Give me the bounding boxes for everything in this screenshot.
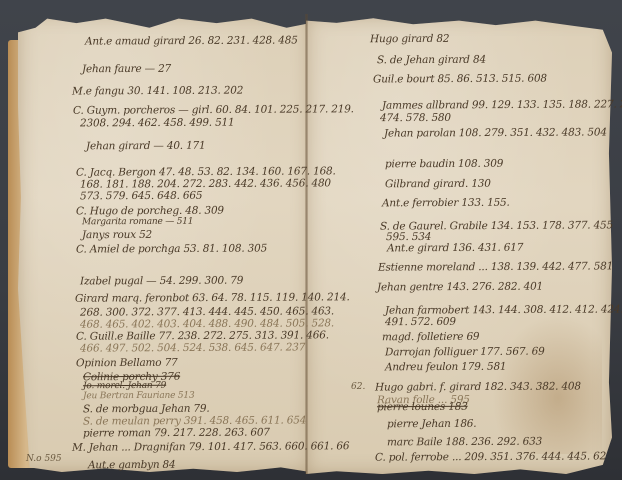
index-entry: Jehan farmobert 143. 144. 308. 412. 412.…	[385, 303, 622, 316]
index-entry: pierre lounes 183	[377, 401, 468, 413]
index-entry: Guil.e bourt 85. 86. 513. 515. 608	[373, 73, 547, 86]
index-entry: Jammes allbrand 99. 129. 133. 135. 188. …	[382, 98, 622, 111]
index-entry: Jehan parolan 108. 279. 351. 432. 483. 5…	[384, 126, 607, 139]
index-entry: C. Hugo de porcheg. 48. 309	[76, 205, 224, 218]
index-entry: Jehan girard — 40. 171	[86, 140, 206, 153]
index-entry: Ant.e girard 136. 431. 617	[387, 242, 523, 255]
index-entry: Janys roux 52	[82, 229, 152, 241]
index-entry: Andreu feulon 179. 581	[385, 361, 506, 374]
index-entry: 474. 578. 580	[380, 112, 451, 124]
index-entry: Gilbrand girard. 130	[385, 178, 491, 191]
index-entry: C. Guym. porcheros — girl. 60. 84. 101. …	[73, 103, 354, 116]
index-entry: marc Baile 188. 236. 292. 633	[387, 436, 542, 449]
index-entry: Estienne moreland ... 138. 139. 442. 477…	[378, 260, 613, 273]
index-entry: Jo. morel. Jehan 79	[83, 381, 166, 391]
index-entry: magd. folletiere 69	[382, 331, 479, 344]
index-entry: Aut.e gambyn 84	[88, 459, 176, 471]
book-spine	[305, 14, 308, 474]
index-entry: 2308. 294. 462. 458. 499. 511	[80, 117, 235, 130]
index-entry: C. Amiel de porchga 53. 81. 108. 305	[76, 242, 267, 255]
index-entry: Jehan faure — 27	[82, 63, 171, 75]
index-entry: Jeu Bertran Fauriane 513	[83, 391, 195, 402]
index-entry: M.e fangu 30. 141. 108. 213. 202	[72, 85, 243, 98]
index-entry: pierre Jehan 186.	[387, 418, 476, 430]
index-entry: pierre baudin 108. 309	[385, 158, 503, 171]
index-entry: 573. 579. 645. 648. 665	[80, 190, 202, 203]
index-entry: S. de Jehan girard 84	[377, 54, 486, 67]
index-entry: C. pol. ferrobe ... 209. 351. 376. 444. …	[375, 450, 606, 463]
index-entry: 466. 497. 502. 504. 524. 538. 645. 647. …	[80, 341, 305, 354]
index-entry: Izabel pugal — 54. 299. 300. 79	[80, 275, 243, 288]
index-entry: M. Jehan ... Dragnifan 79. 101. 417. 563…	[72, 440, 349, 453]
index-entry: Jehan gentre 143. 276. 282. 401	[377, 281, 543, 294]
index-entry: Girard marq. feronbot 63. 64. 78. 115. 1…	[75, 291, 350, 304]
index-entry: Hugo gabri. f. girard 182. 343. 382. 408	[375, 380, 581, 393]
index-entry: S. de meulan perry 391. 458. 465. 611. 6…	[83, 414, 306, 427]
index-entry: Ant.e amaud girard 26. 82. 231. 428. 485	[85, 34, 298, 47]
index-entry: 491. 572. 609	[385, 316, 456, 328]
margin-note: 62.	[351, 382, 365, 392]
index-entry: Opinion Bellamo 77	[76, 357, 178, 370]
index-entry: Darrojan folliguer 177. 567. 69	[385, 346, 545, 359]
index-entry: pierre roman 79. 217. 228. 263. 607	[83, 427, 270, 440]
index-entry: Ant.e ferrobier 133. 155.	[382, 197, 510, 210]
index-entry: Margarita romane — 511	[82, 217, 193, 228]
index-entry: Hugo girard 82	[370, 33, 449, 45]
index-entry: 168. 181. 188. 204. 272. 283. 442. 436. …	[80, 177, 331, 190]
index-entry: S. de morbgua Jehan 79.	[83, 403, 210, 416]
margin-note: N.o 595	[26, 454, 62, 464]
